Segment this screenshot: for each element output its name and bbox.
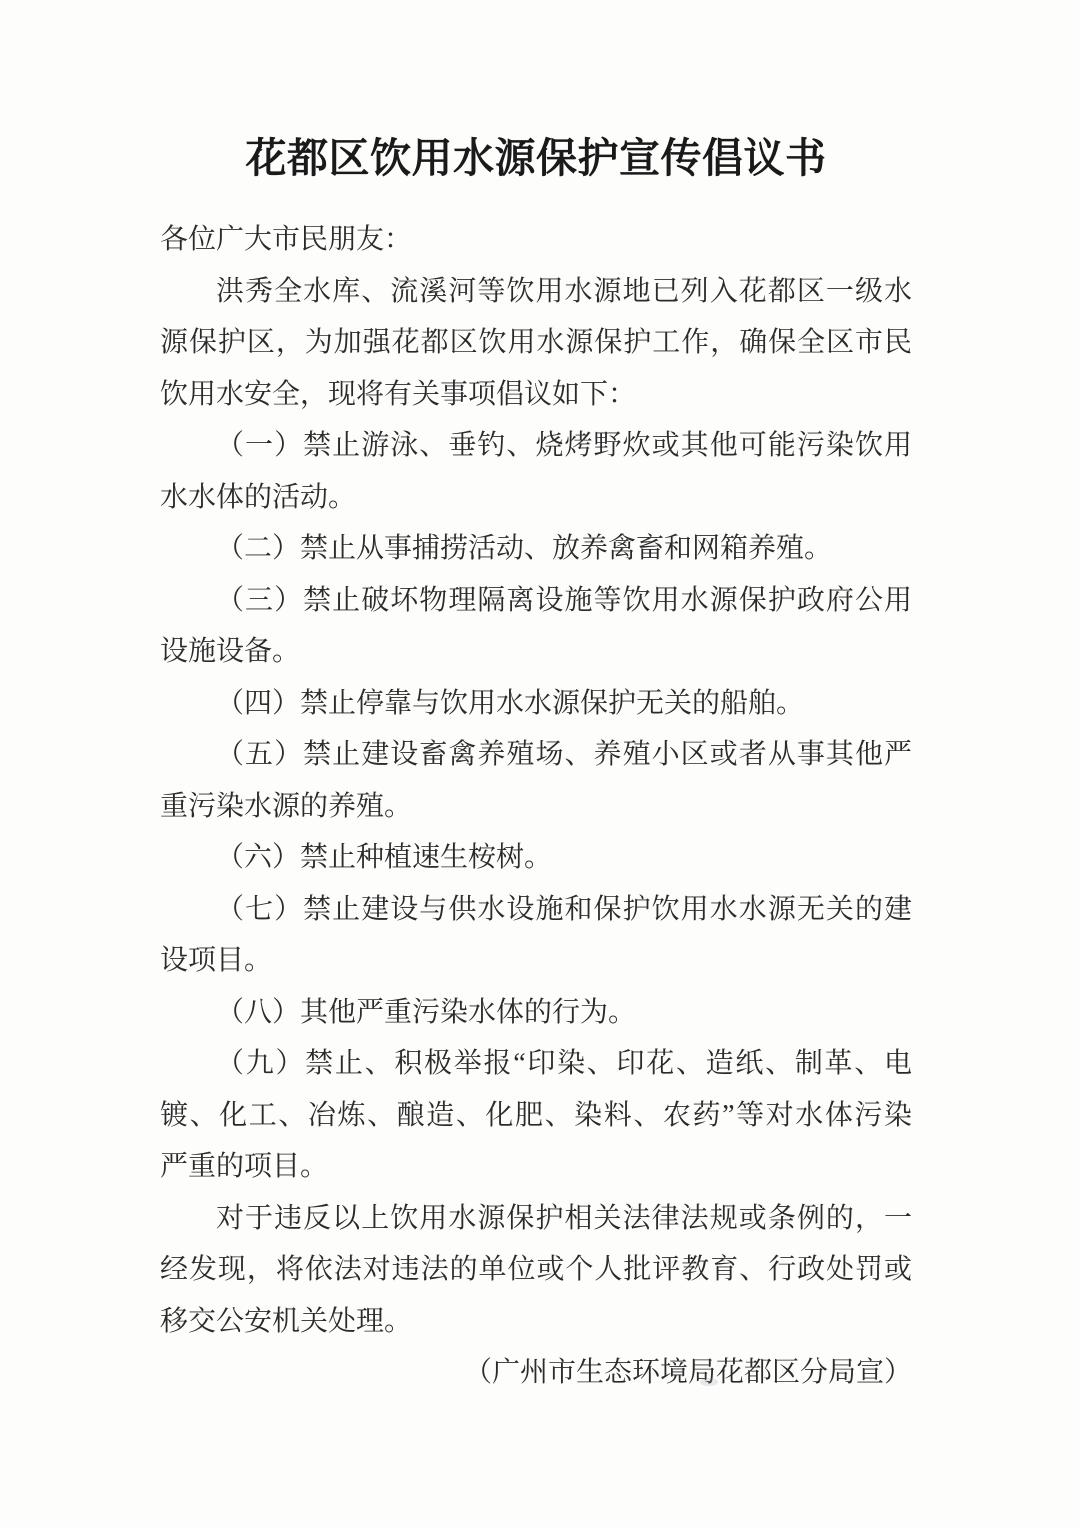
paragraph-signoff: （广州市生态环境局花都区分局宣） (160, 1347, 912, 1399)
document-line: （八）其他严重污染水体的行为。 (160, 987, 912, 1039)
paragraph-item-2: （二）禁止从事捕捞活动、放养禽畜和网箱养殖。 (160, 523, 912, 575)
document-title: 花都区饮用水源保护宣传倡议书 (160, 134, 912, 182)
document-page: 花都区饮用水源保护宣传倡议书 各位广大市民朋友：洪秀全水库、流溪河等饮用水源地已… (0, 0, 1080, 1528)
document-line: 移交公安机关处理。 (160, 1296, 912, 1348)
paragraph-item-5: （五）禁止建设畜禽养殖场、养殖小区或者从事其他严重污染水源的养殖。 (160, 729, 912, 832)
paragraph-penalty: 对于违反以上饮用水源保护相关法律法规或条例的，一经发现，将依法对违法的单位或个人… (160, 1193, 912, 1348)
paragraph-item-7: （七）禁止建设与供水设施和保护饮用水水源无关的建设项目。 (160, 884, 912, 987)
document-line: 经发现，将依法对违法的单位或个人批评教育、行政处罚或 (160, 1244, 912, 1296)
document-line: 饮用水安全，现将有关事项倡议如下： (160, 369, 912, 421)
document-line: （六）禁止种植速生桉树。 (160, 832, 912, 884)
document-line: （四）禁止停靠与饮用水水源保护无关的船舶。 (160, 678, 912, 730)
document-line: （九）禁止、积极举报“印染、印花、造纸、制革、电 (160, 1038, 912, 1090)
paragraph-item-3: （三）禁止破坏物理隔离设施等饮用水源保护政府公用设施设备。 (160, 575, 912, 678)
paragraph-item-1: （一）禁止游泳、垂钓、烧烤野炊或其他可能污染饮用水水体的活动。 (160, 420, 912, 523)
document-line: 各位广大市民朋友： (160, 214, 912, 266)
document-line: 源保护区，为加强花都区饮用水源保护工作，确保全区市民 (160, 317, 912, 369)
document-line: 设项目。 (160, 935, 912, 987)
scan-artifact (700, 1378, 718, 1386)
paragraph-greeting: 各位广大市民朋友： (160, 214, 912, 266)
document-line: 严重的项目。 (160, 1141, 912, 1193)
paragraph-item-8: （八）其他严重污染水体的行为。 (160, 987, 912, 1039)
document-line: 设施设备。 (160, 626, 912, 678)
document-body: 各位广大市民朋友：洪秀全水库、流溪河等饮用水源地已列入花都区一级水源保护区，为加… (160, 214, 912, 1399)
paragraph-item-4: （四）禁止停靠与饮用水水源保护无关的船舶。 (160, 678, 912, 730)
document-line: （一）禁止游泳、垂钓、烧烤野炊或其他可能污染饮用 (160, 420, 912, 472)
document-line: 洪秀全水库、流溪河等饮用水源地已列入花都区一级水 (160, 266, 912, 318)
document-line: （二）禁止从事捕捞活动、放养禽畜和网箱养殖。 (160, 523, 912, 575)
document-line: 水水体的活动。 (160, 472, 912, 524)
document-line: （七）禁止建设与供水设施和保护饮用水水源无关的建 (160, 884, 912, 936)
document-line: 镀、化工、冶炼、酿造、化肥、染料、农药”等对水体污染 (160, 1090, 912, 1142)
document-line: （广州市生态环境局花都区分局宣） (160, 1347, 912, 1399)
paragraph-item-9: （九）禁止、积极举报“印染、印花、造纸、制革、电镀、化工、冶炼、酿造、化肥、染料… (160, 1038, 912, 1193)
document-line: 重污染水源的养殖。 (160, 781, 912, 833)
paragraph-intro: 洪秀全水库、流溪河等饮用水源地已列入花都区一级水源保护区，为加强花都区饮用水源保… (160, 266, 912, 421)
paragraph-item-6: （六）禁止种植速生桉树。 (160, 832, 912, 884)
document-line: （五）禁止建设畜禽养殖场、养殖小区或者从事其他严 (160, 729, 912, 781)
document-line: 对于违反以上饮用水源保护相关法律法规或条例的，一 (160, 1193, 912, 1245)
document-line: （三）禁止破坏物理隔离设施等饮用水源保护政府公用 (160, 575, 912, 627)
